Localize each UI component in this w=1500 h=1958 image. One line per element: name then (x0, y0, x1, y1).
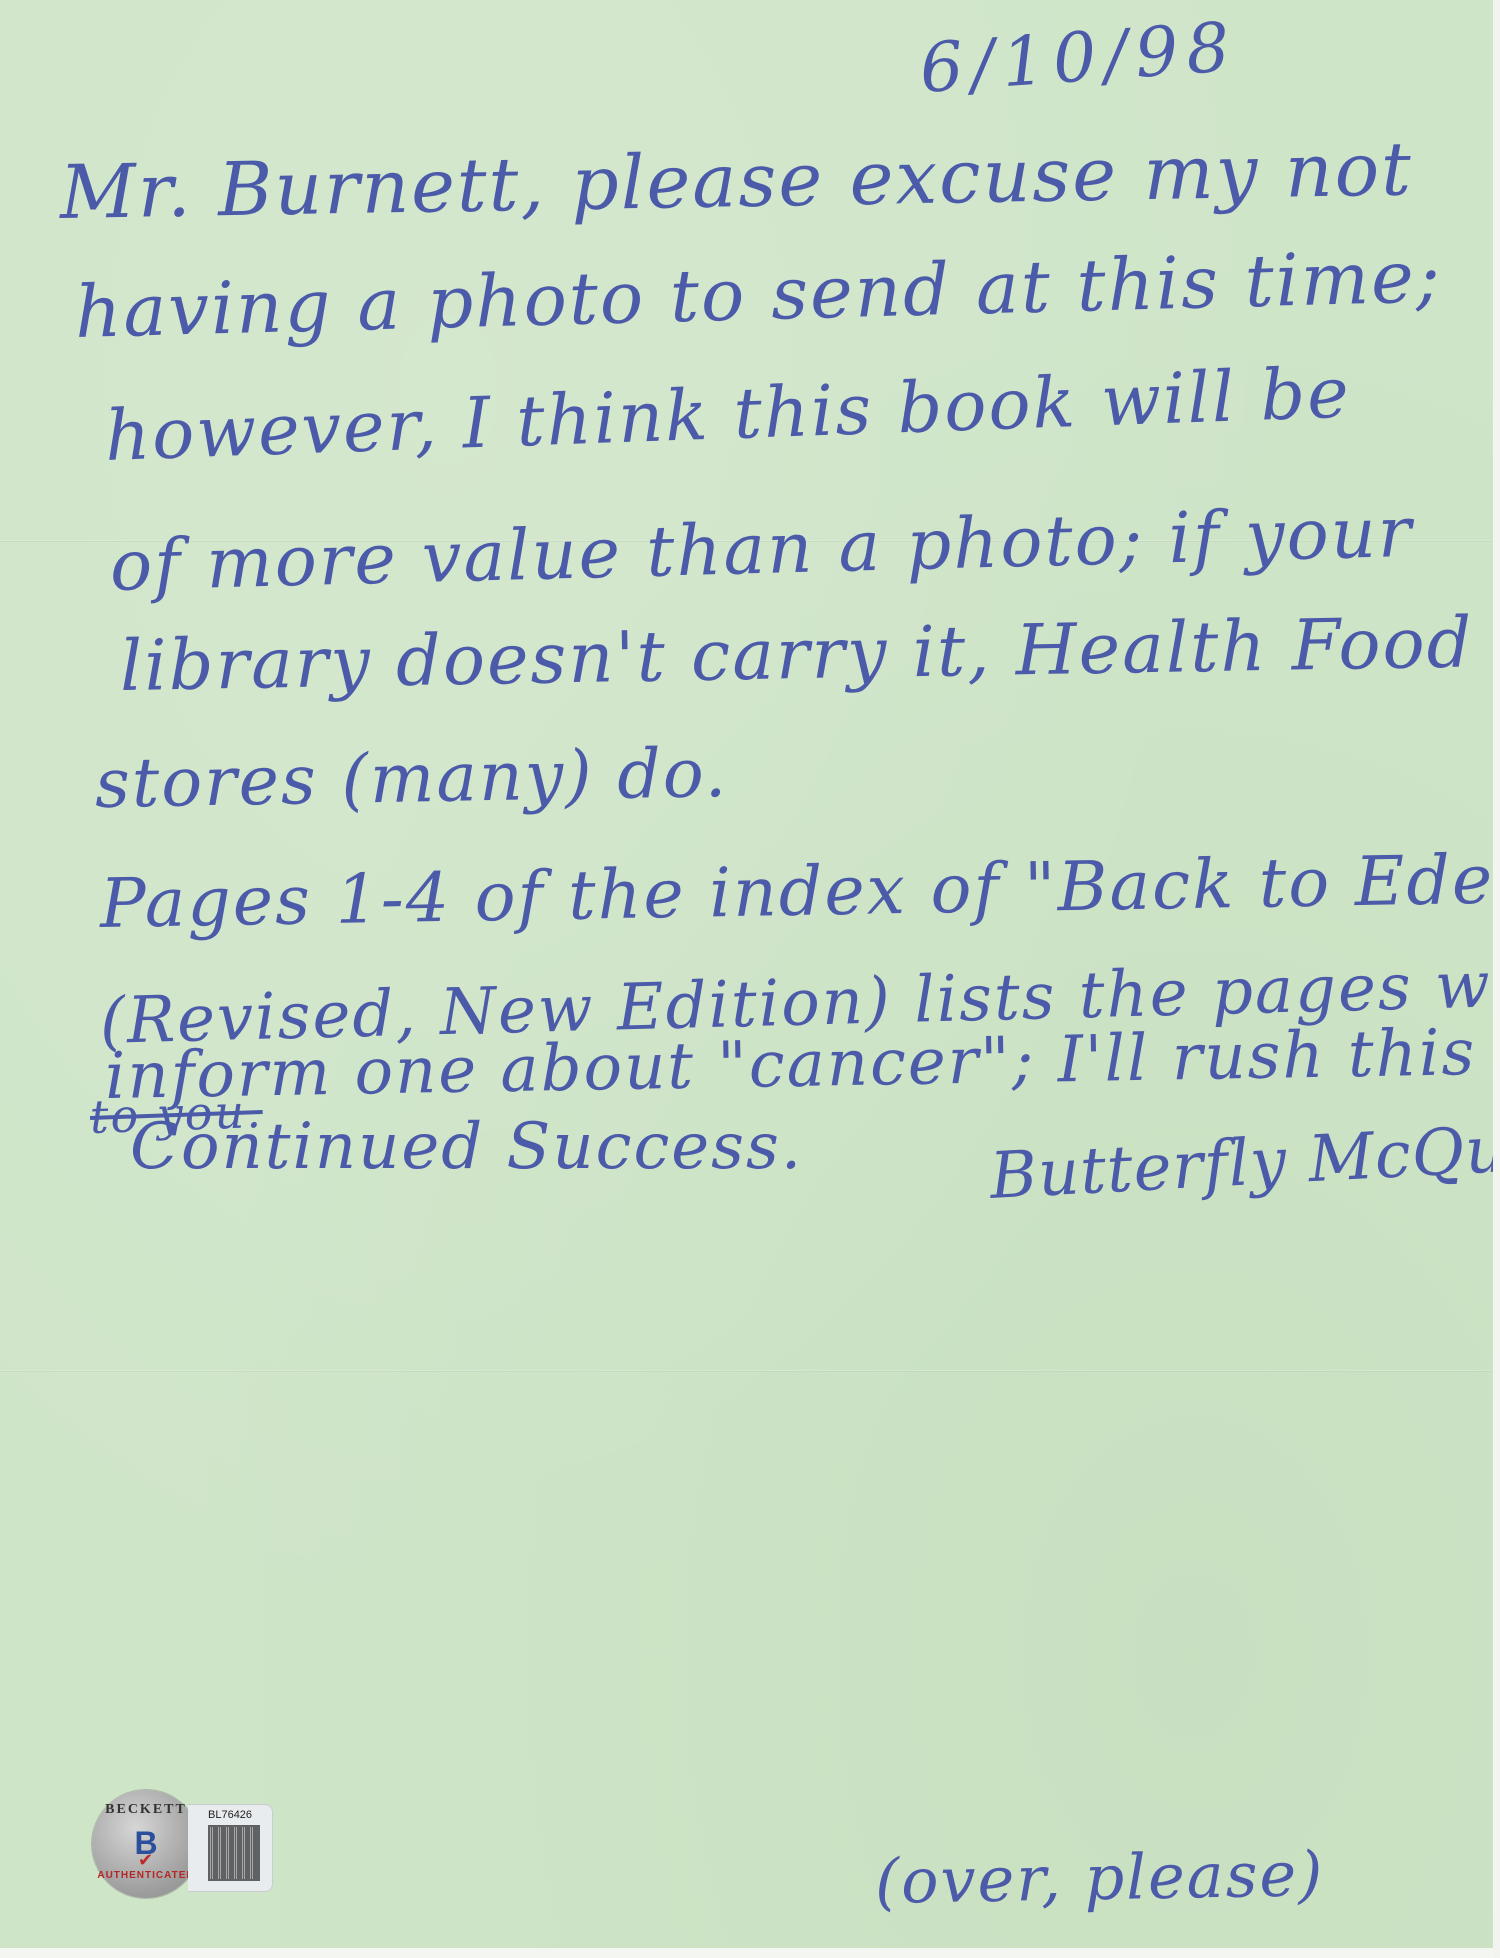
signature: Butterfly McQueen (988, 1107, 1493, 1214)
letter-line: stores (many) do. (94, 734, 729, 824)
letter-line: Pages 1-4 of the index of "Back to Eden" (99, 839, 1493, 944)
hologram-seal: BECKETT B ✔ AUTHENTICATED (92, 1790, 200, 1898)
letter-line: having a photo to send at this time; (74, 234, 1443, 354)
letter-line: Mr. Burnett, please excuse my not (59, 126, 1413, 236)
letter-line: of more value than a photo; if your (109, 491, 1414, 607)
checkmark-icon: ✔ (138, 1850, 153, 1871)
hologram-label: AUTHENTICATED (92, 1870, 200, 1881)
footer-note: (over, please) (874, 1837, 1325, 1918)
certificate-tag: BL76426 (188, 1804, 273, 1892)
letter-paper: 6/10/98 Mr. Burnett, please excuse my no… (0, 0, 1493, 1948)
fold-line (0, 1370, 1493, 1372)
certificate-id: BL76426 (208, 1809, 252, 1821)
letter-line: library doesn't carry it, Health Food (119, 601, 1474, 707)
beckett-authentication-sticker: BECKETT B ✔ AUTHENTICATED BL76426 (92, 1790, 282, 1900)
closing-line: Continued Success. (130, 1110, 803, 1184)
hologram-issuer: BECKETT (92, 1802, 200, 1818)
qr-code-icon[interactable] (208, 1825, 260, 1881)
letter-date: 6/10/98 (917, 8, 1240, 109)
scan-edge (1493, 0, 1500, 1958)
letter-line: however, I think this book will be (104, 352, 1352, 477)
